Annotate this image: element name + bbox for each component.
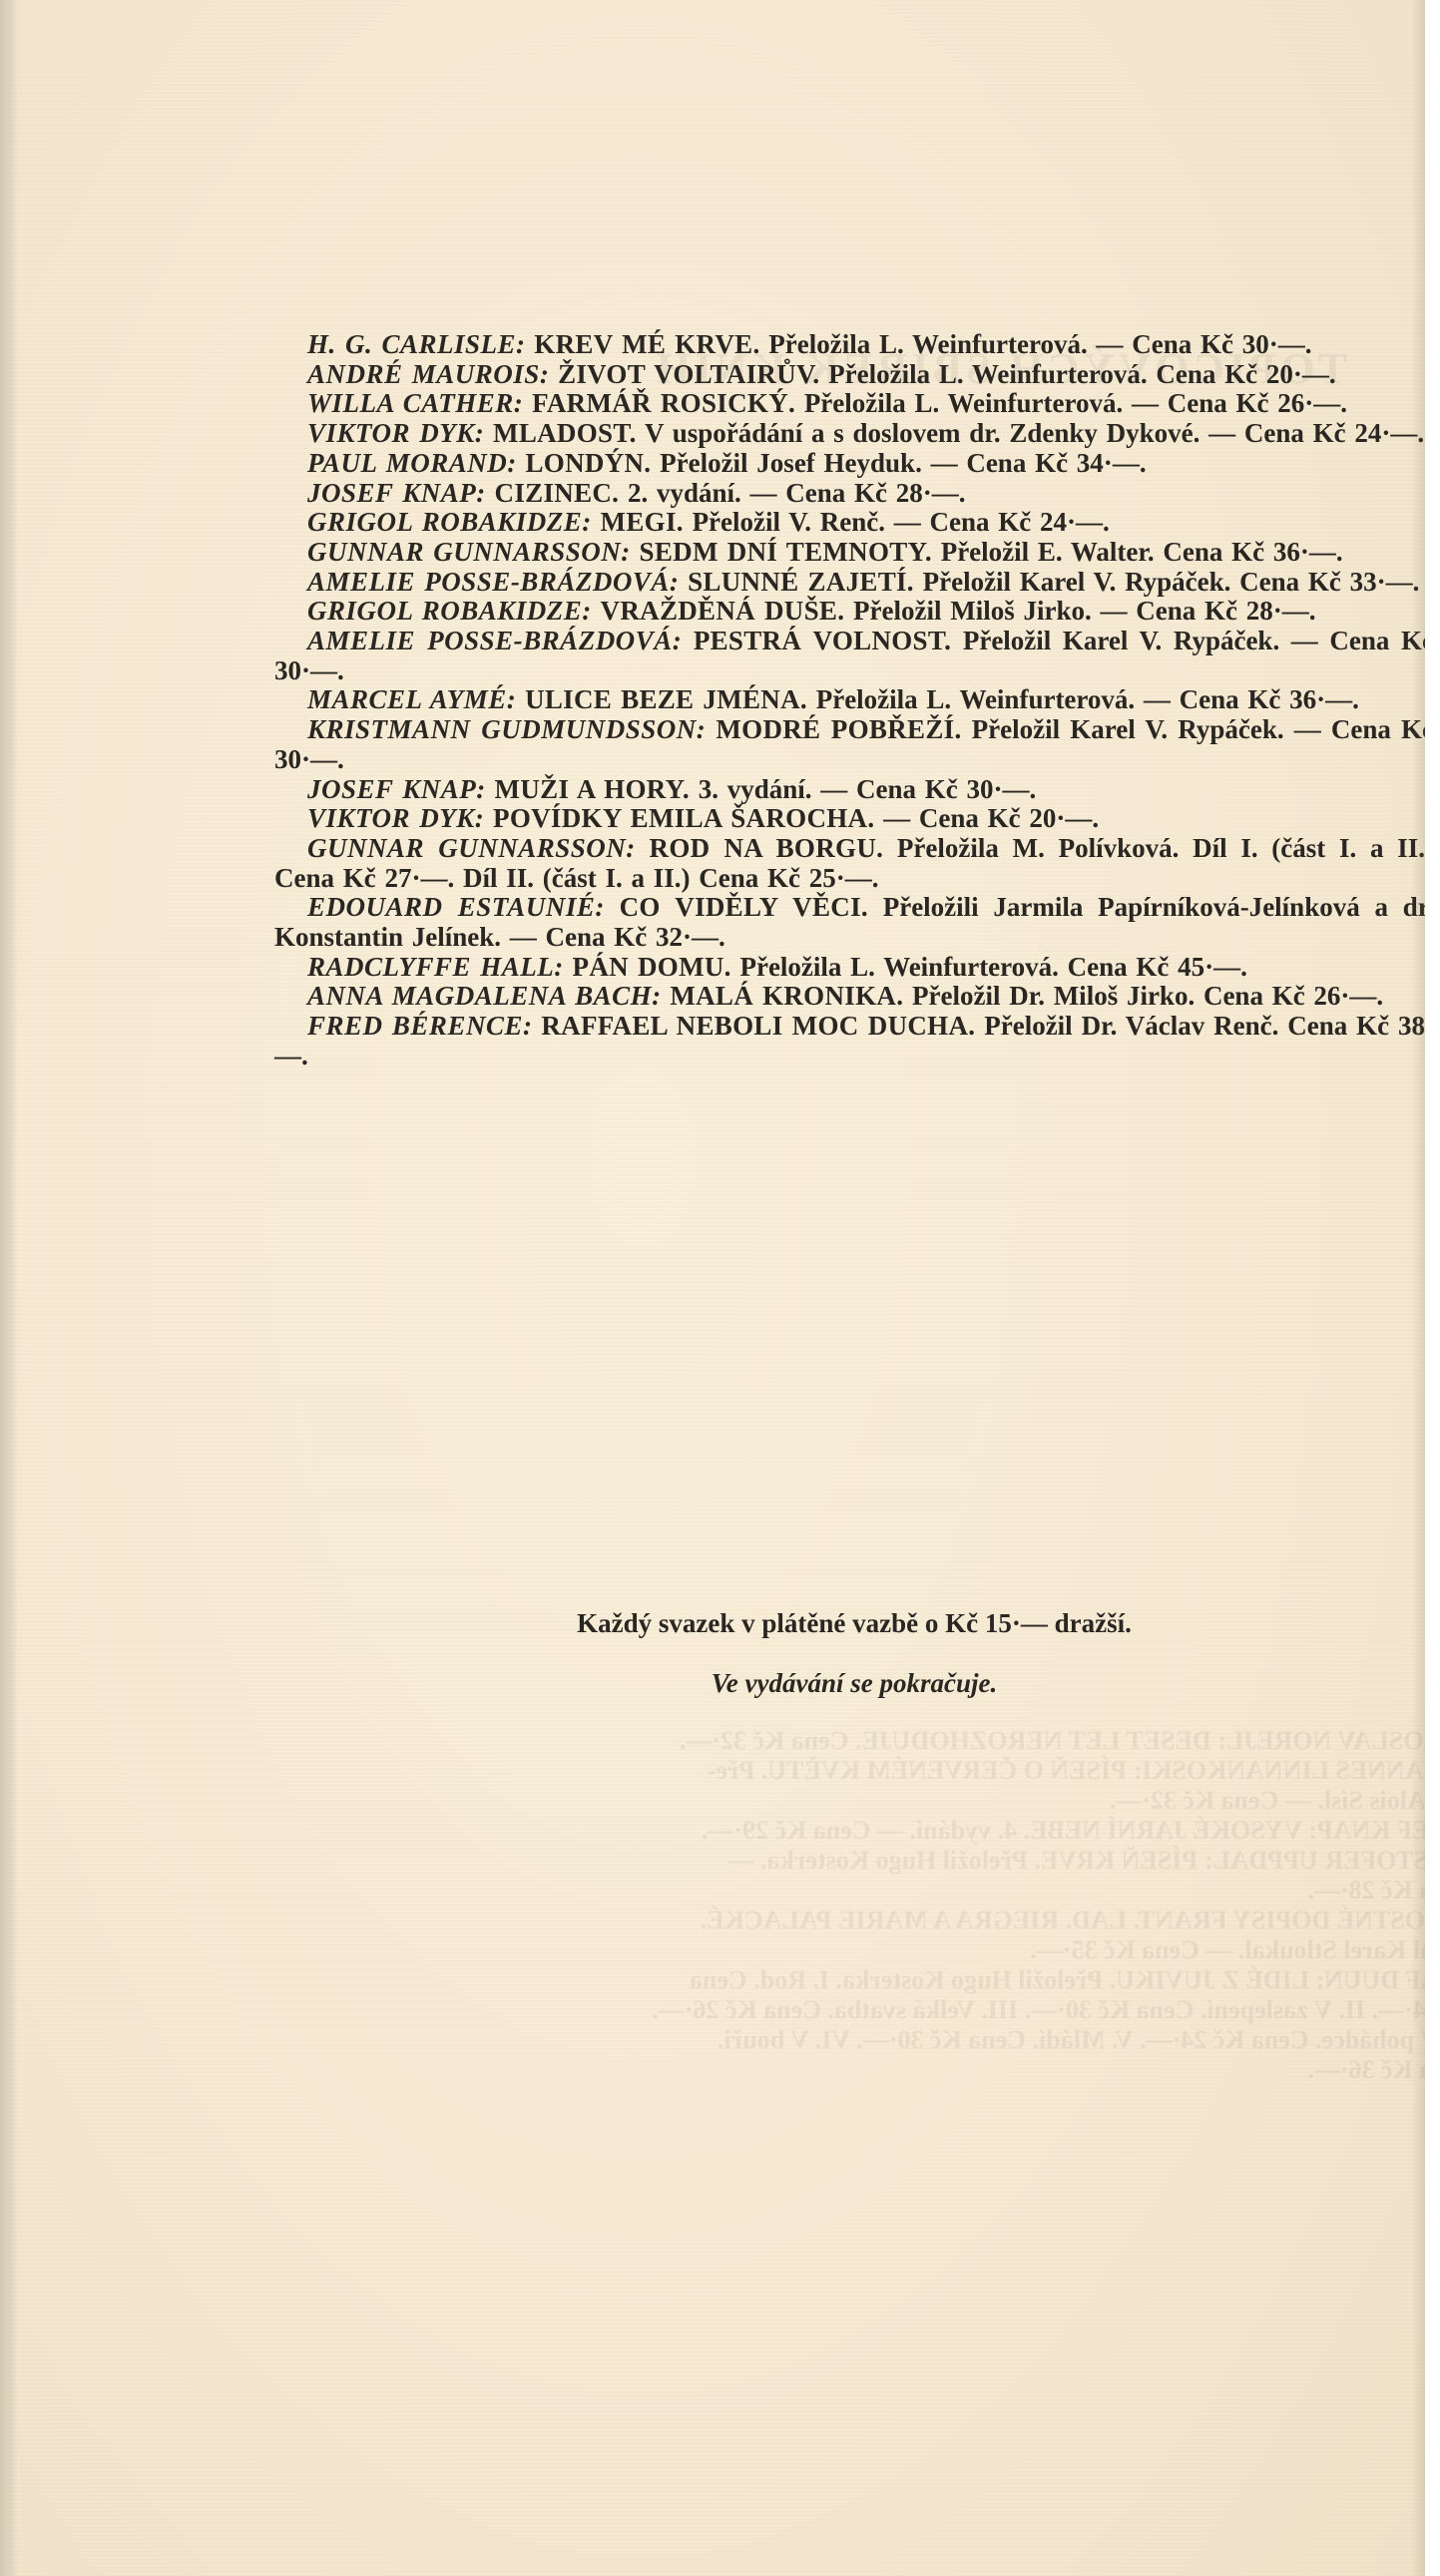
entry-title: PESTRÁ VOLNOST. xyxy=(694,626,951,655)
entry-details: Přeložila L. Weinfurterová. Cena Kč 45·—… xyxy=(739,952,1246,982)
catalog-entry: ANNA MAGDALENA BACH: MALÁ KRONIKA. Přelo… xyxy=(274,982,1425,1012)
entry-title: MLADOST. xyxy=(493,418,637,448)
entry-details: Přeložila L. Weinfurterová. Cena Kč 20·—… xyxy=(828,359,1335,389)
entry-details: V uspořádání a s doslovem dr. Zdenky Dyk… xyxy=(645,418,1424,448)
catalog-entry: AMELIE POSSE-BRÁZDOVÁ: SLUNNÉ ZAJETÍ. Př… xyxy=(274,568,1425,598)
entry-author: PAUL MORAND: xyxy=(307,448,517,478)
catalog-entry: GRIGOL ROBAKIDZE: VRAŽDĚNÁ DUŠE. Přeloži… xyxy=(274,597,1425,627)
catalog-entry: KRISTMANN GUDMUNDSSON: MODRÉ POBŘEŽÍ. Př… xyxy=(274,715,1425,774)
book-catalog-list: H. G. CARLISLE: KREV MÉ KRVE. Přeložila … xyxy=(274,330,1425,1072)
entry-title: KREV MÉ KRVE. xyxy=(534,329,759,359)
entry-details: Přeložil Miloš Jirko. — Cena Kč 28·—. xyxy=(853,596,1315,626)
entry-title: SLUNNÉ ZAJETÍ. xyxy=(688,567,914,597)
bleed-through-text: MIROSLAV NOREJL: DESET LET NEROZHODUJE. … xyxy=(299,1726,1425,2085)
entry-title: RAFFAEL NEBOLI MOC DUCHA. xyxy=(541,1011,975,1041)
catalog-entry: VIKTOR DYK: POVÍDKY EMILA ŠAROCHA. — Cen… xyxy=(274,804,1425,834)
entry-author: GUNNAR GUNNARSSON: xyxy=(307,537,631,567)
entry-title: FARMÁŘ ROSICKÝ. xyxy=(532,388,795,418)
catalog-entry: PAUL MORAND: LONDÝN. Přeložil Josef Heyd… xyxy=(274,449,1425,479)
binding-gutter xyxy=(0,0,12,2576)
catalog-entry: AMELIE POSSE-BRÁZDOVÁ: PESTRÁ VOLNOST. P… xyxy=(274,627,1425,685)
binding-price-note: Každý svazek v plátěné vazbě o Kč 15·— d… xyxy=(274,1608,1425,1639)
catalog-entry: RADCLYFFE HALL: PÁN DOMU. Přeložila L. W… xyxy=(274,953,1425,983)
catalog-entry: JOSEF KNAP: MUŽI A HORY. 3. vydání. — Ce… xyxy=(274,775,1425,805)
entry-title: MEGI. xyxy=(601,507,684,537)
entry-author: AMELIE POSSE-BRÁZDOVÁ: xyxy=(307,626,682,655)
catalog-entry: GUNNAR GUNNARSSON: SEDM DNÍ TEMNOTY. Pře… xyxy=(274,538,1425,568)
entry-author: EDOUARD ESTAUNIÉ: xyxy=(307,892,605,922)
entry-author: JOSEF KNAP: xyxy=(307,774,486,804)
catalog-entry: JOSEF KNAP: CIZINEC. 2. vydání. — Cena K… xyxy=(274,479,1425,509)
entry-details: Přeložil Josef Heyduk. — Cena Kč 34·—. xyxy=(660,448,1146,478)
entry-details: Přeložil E. Walter. Cena Kč 36·—. xyxy=(941,537,1343,567)
catalog-entry: MARCEL AYMÉ: ULICE BEZE JMÉNA. Přeložila… xyxy=(274,685,1425,715)
catalog-entry: GRIGOL ROBAKIDZE: MEGI. Přeložil V. Renč… xyxy=(274,508,1425,538)
entry-author: VIKTOR DYK: xyxy=(307,803,484,833)
entry-author: VIKTOR DYK: xyxy=(307,418,484,448)
entry-author: KRISTMANN GUDMUNDSSON: xyxy=(307,714,706,744)
entry-author: FRED BÉRENCE: xyxy=(307,1011,532,1041)
entry-author: GUNNAR GUNNARSSON: xyxy=(307,833,636,863)
continuation-note: Ve vydávání se pokračuje. xyxy=(274,1668,1425,1699)
entry-details: 2. vydání. — Cena Kč 28·—. xyxy=(628,478,966,508)
catalog-entry: EDOUARD ESTAUNIÉ: CO VIDĚLY VĚCI. Přelož… xyxy=(274,893,1425,952)
entry-title: SEDM DNÍ TEMNOTY. xyxy=(640,537,932,567)
entry-details: 3. vydání. — Cena Kč 30·—. xyxy=(699,774,1037,804)
entry-title: PÁN DOMU. xyxy=(573,952,731,982)
entry-details: Přeložila L. Weinfurterová. — Cena Kč 26… xyxy=(804,388,1347,418)
entry-author: JOSEF KNAP: xyxy=(307,478,486,508)
entry-author: AMELIE POSSE-BRÁZDOVÁ: xyxy=(307,567,679,597)
entry-title: CIZINEC. xyxy=(495,478,620,508)
entry-details: Přeložil Dr. Miloš Jirko. Cena Kč 26·—. xyxy=(912,981,1383,1011)
entry-title: MUŽI A HORY. xyxy=(495,774,690,804)
entry-author: H. G. CARLISLE: xyxy=(307,329,526,359)
catalog-entry: ANDRÉ MAUROIS: ŽIVOT VOLTAIRŮV. Přeložil… xyxy=(274,360,1425,390)
catalog-entry: WILLA CATHER: FARMÁŘ ROSICKÝ. Přeložila … xyxy=(274,389,1425,419)
entry-details: Přeložila L. Weinfurterová. — Cena Kč 36… xyxy=(816,684,1359,714)
entry-author: RADCLYFFE HALL: xyxy=(307,952,564,982)
catalog-page: TOPIČOVÝCH SBÍREK KNIH MIROSLAV NOREJL: … xyxy=(0,0,1425,2576)
entry-title: VRAŽDĚNÁ DUŠE. xyxy=(601,596,845,626)
entry-title: LONDÝN. xyxy=(526,448,652,478)
entry-title: ROD NA BORGU. xyxy=(650,833,884,863)
catalog-entry: VIKTOR DYK: MLADOST. V uspořádání a s do… xyxy=(274,419,1425,449)
entry-details: — Cena Kč 20·—. xyxy=(883,803,1099,833)
entry-author: GRIGOL ROBAKIDZE: xyxy=(307,596,592,626)
entry-title: MALÁ KRONIKA. xyxy=(670,981,903,1011)
entry-author: ANDRÉ MAUROIS: xyxy=(307,359,549,389)
entry-details: Přeložil V. Renč. — Cena Kč 24·—. xyxy=(693,507,1110,537)
catalog-entry: H. G. CARLISLE: KREV MÉ KRVE. Přeložila … xyxy=(274,330,1425,360)
catalog-entry: FRED BÉRENCE: RAFFAEL NEBOLI MOC DUCHA. … xyxy=(274,1012,1425,1071)
entry-author: WILLA CATHER: xyxy=(307,388,523,418)
entry-author: ANNA MAGDALENA BACH: xyxy=(307,981,662,1011)
entry-title: ULICE BEZE JMÉNA. xyxy=(525,684,807,714)
entry-details: Přeložila L. Weinfurterová. — Cena Kč 30… xyxy=(768,329,1311,359)
entry-title: POVÍDKY EMILA ŠAROCHA. xyxy=(493,803,874,833)
entry-author: GRIGOL ROBAKIDZE: xyxy=(307,507,592,537)
entry-author: MARCEL AYMÉ: xyxy=(307,684,516,714)
entry-details: Přeložil Karel V. Rypáček. Cena Kč 33·—. xyxy=(923,567,1420,597)
catalog-entry: GUNNAR GUNNARSSON: ROD NA BORGU. Přeloži… xyxy=(274,834,1425,893)
entry-title: CO VIDĚLY VĚCI. xyxy=(620,892,868,922)
entry-title: ŽIVOT VOLTAIRŮV. xyxy=(558,359,819,389)
entry-title: MODRÉ POBŘEŽÍ. xyxy=(716,714,961,744)
